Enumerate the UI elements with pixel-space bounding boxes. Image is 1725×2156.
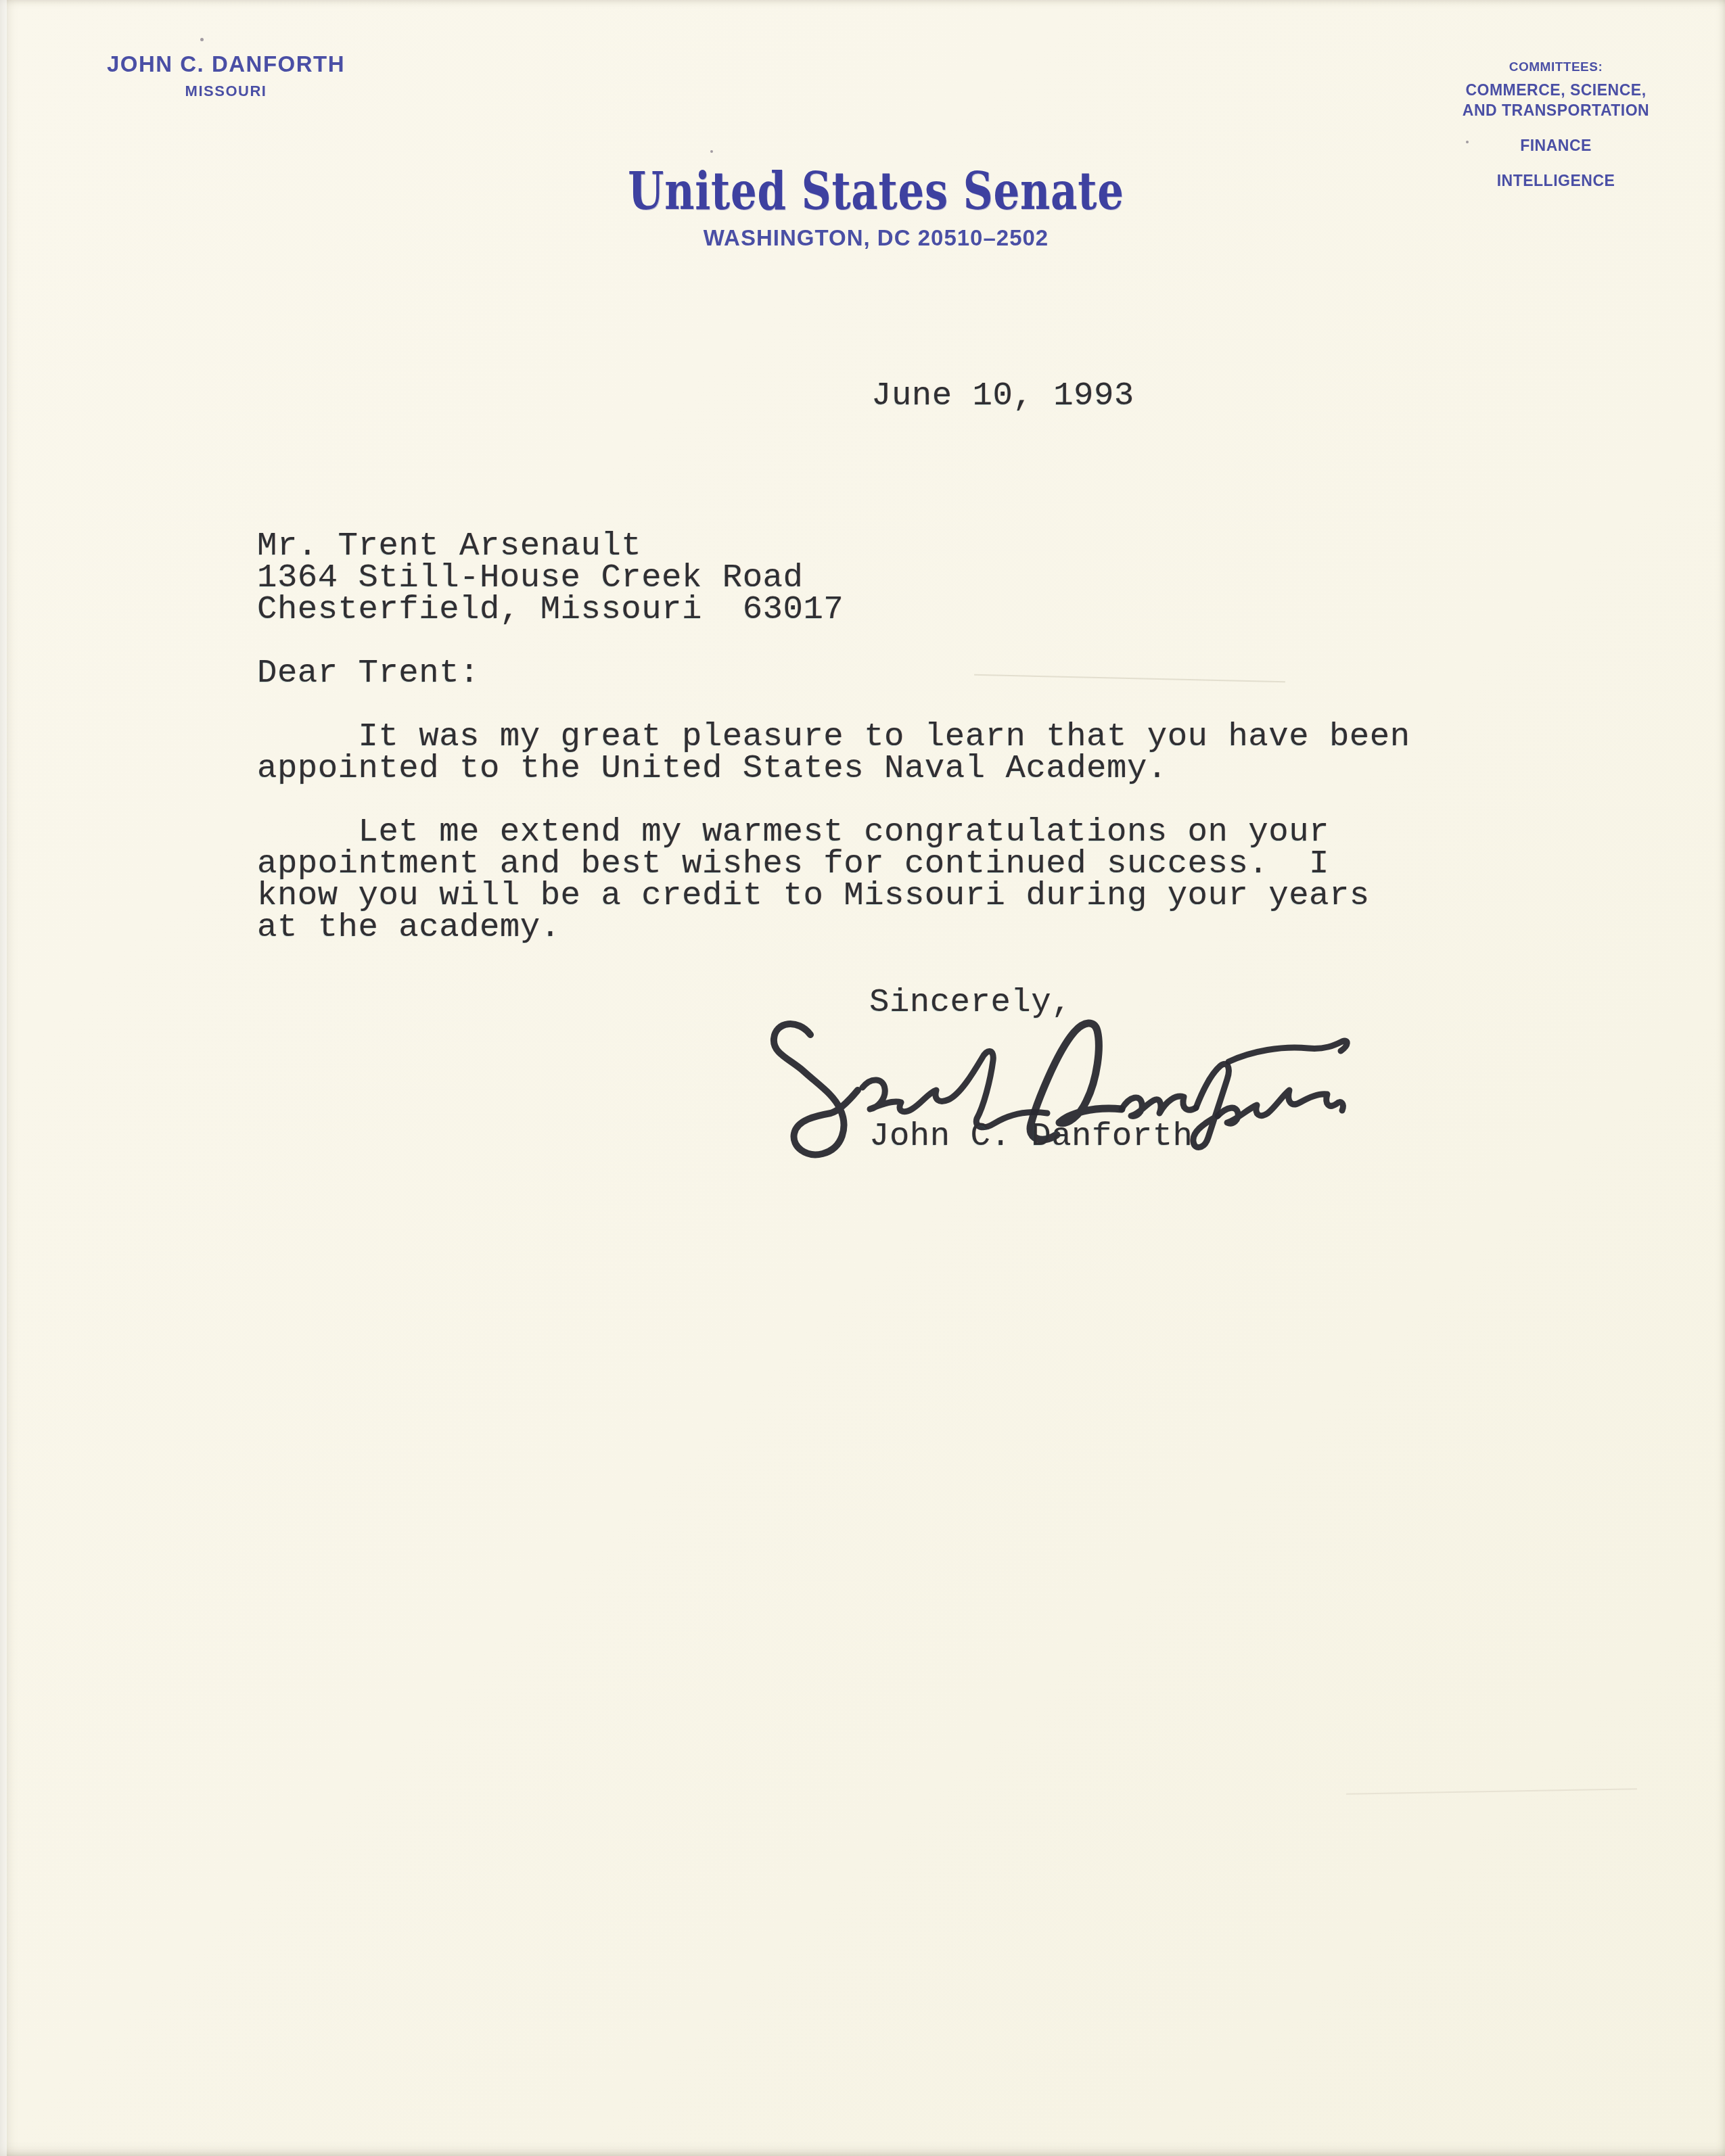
committee-item: FINANCE (1421, 135, 1691, 156)
sender-state: MISSOURI (91, 83, 361, 100)
signed-name: John C. Danforth (869, 1121, 1193, 1152)
letterhead-committees-block: COMMITTEES: COMMERCE, SCIENCE, AND TRANS… (1421, 60, 1691, 191)
ink-speck (710, 150, 713, 153)
committee-item: COMMERCE, SCIENCE, AND TRANSPORTATION (1421, 80, 1691, 120)
senate-title: United States Senate (622, 162, 1130, 220)
senate-address: WASHINGTON, DC 20510–2502 (558, 225, 1194, 251)
ink-speck (1466, 141, 1469, 143)
body-paragraph: Let me extend my warmest congratulations… (257, 816, 1370, 943)
letterhead-sender-block: JOHN C. DANFORTH MISSOURI (91, 51, 361, 100)
closing: Sincerely, (869, 987, 1072, 1018)
ink-speck (200, 38, 204, 41)
sender-name: JOHN C. DANFORTH (91, 51, 361, 77)
committees-heading: COMMITTEES: (1421, 60, 1691, 76)
salutation: Dear Trent: (257, 657, 480, 689)
letter-date: June 10, 1993 (871, 380, 1134, 412)
committee-item: INTELLIGENCE (1421, 170, 1691, 191)
paper-crease (974, 674, 1285, 682)
scanned-letter-page: JOHN C. DANFORTH MISSOURI COMMITTEES: CO… (0, 0, 1725, 2156)
recipient-address-block: Mr. Trent Arsenault 1364 Still-House Cre… (257, 530, 844, 626)
paper-crease (1346, 1788, 1637, 1795)
body-paragraph: It was my great pleasure to learn that y… (257, 721, 1410, 784)
